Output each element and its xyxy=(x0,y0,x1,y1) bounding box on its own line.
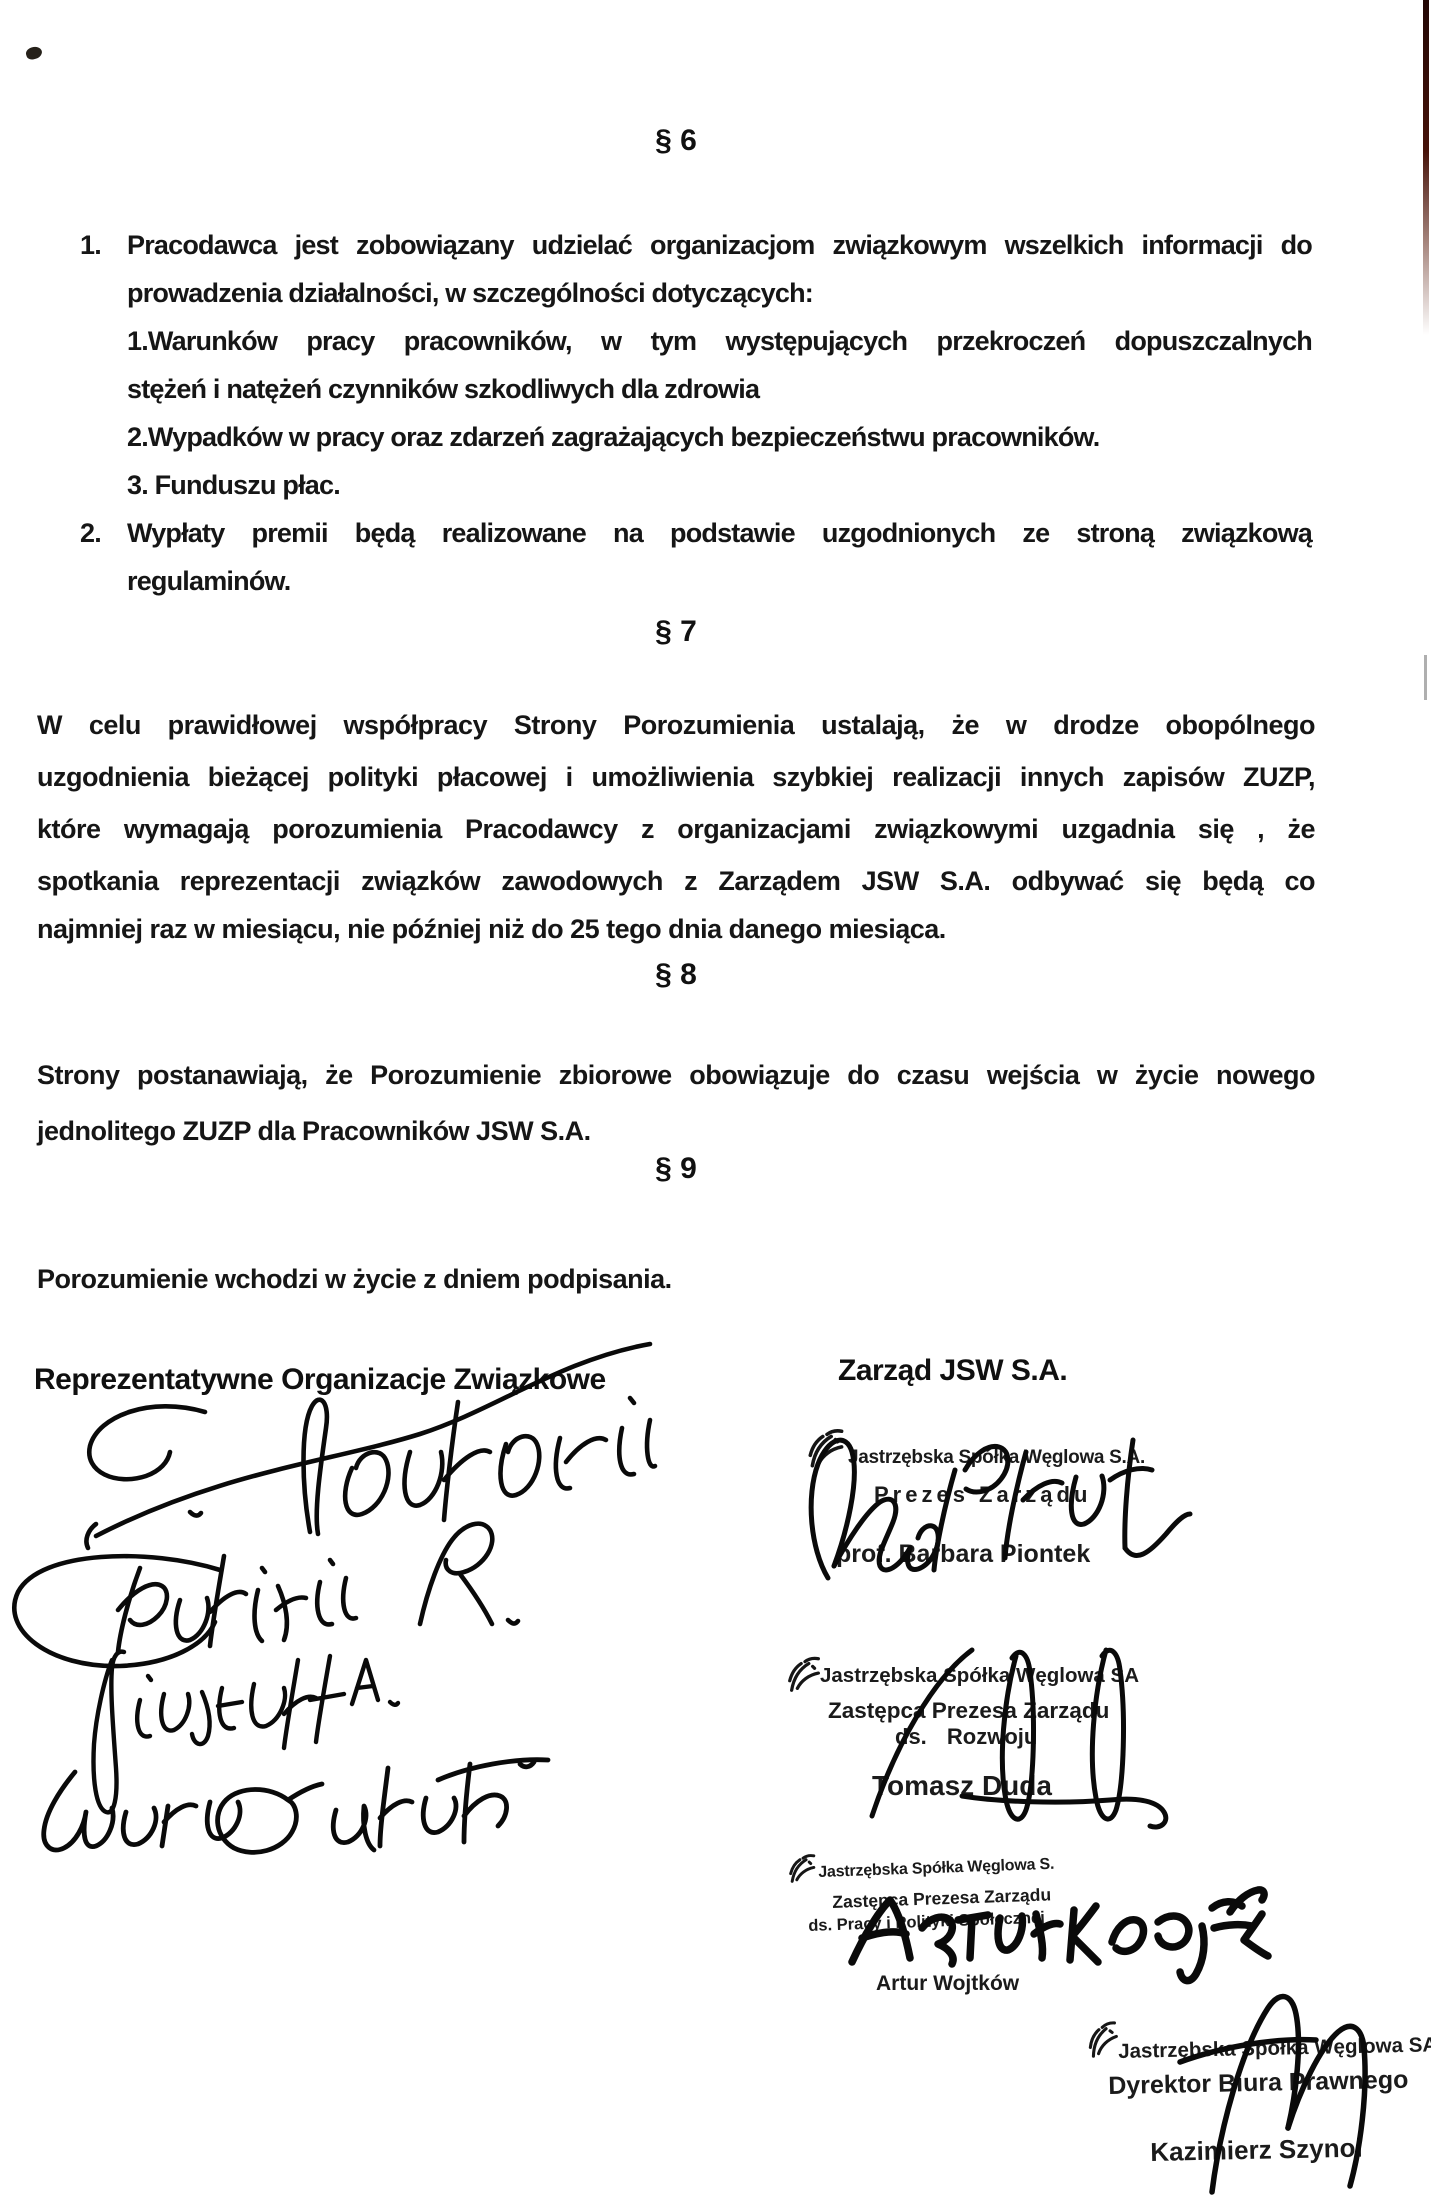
stamp-dept: ds. Pracy i Polityki Społecznej xyxy=(808,1909,1045,1936)
stamp-company: Jastrzębska Spółka Węglowa S.A. xyxy=(848,1447,1145,1469)
stamp-title: Prezes Zarządu xyxy=(874,1482,1091,1507)
section-heading-9: § 9 xyxy=(0,1152,1352,1186)
list-number: 1. xyxy=(80,226,101,264)
signing-right-header: Zarząd JSW S.A. xyxy=(838,1354,1067,1388)
section-heading-6: § 6 xyxy=(0,124,1352,158)
stamp-name: prof. Barbara Piontek xyxy=(836,1540,1090,1569)
doc-line: uzgodnienia bieżącej polityki płacowej i… xyxy=(37,758,1315,796)
scan-dot-artifact xyxy=(25,45,44,61)
doc-line: Porozumienie wchodzi w życie z dniem pod… xyxy=(37,1260,672,1298)
doc-line: regulaminów. xyxy=(127,562,290,600)
jsw-logo-icon xyxy=(786,1852,820,1886)
doc-line: spotkania reprezentacji związków zawodow… xyxy=(37,862,1315,900)
scan-edge-tick-artifact xyxy=(1424,655,1427,700)
handwritten-signature-4 xyxy=(44,1760,548,1853)
doc-line: prowadzenia działalności, w szczególnośc… xyxy=(127,274,813,312)
stamp-title: Zastępca Prezesa Zarządu xyxy=(832,1884,1051,1912)
stamp-name: Kazimierz Szynol xyxy=(1150,2134,1363,2168)
section-heading-7: § 7 xyxy=(0,615,1352,649)
jsw-logo-icon xyxy=(804,1426,850,1472)
doc-line: które wymagają porozumienia Pracodawcy z… xyxy=(37,810,1315,848)
handwritten-signature-2 xyxy=(14,1524,518,1666)
doc-line: jednolitego ZUZP dla Pracowników JSW S.A… xyxy=(37,1112,591,1150)
doc-line: najmniej raz w miesiącu, nie później niż… xyxy=(37,910,946,948)
stamp-company: Jastrzębska Spółka Węglowa SA xyxy=(1118,2033,1431,2063)
scan-edge-artifact xyxy=(1423,0,1429,335)
doc-line: W celu prawidłowej współpracy Strony Por… xyxy=(37,706,1315,744)
scanned-document-page: § 6 1. Pracodawca jest zobowiązany udzie… xyxy=(0,0,1431,2200)
doc-line: 3. Funduszu płac. xyxy=(127,466,340,504)
signing-left-header: Reprezentatywne Organizacje Związkowe xyxy=(34,1363,606,1397)
list-number: 2. xyxy=(80,514,101,552)
handwritten-signature-3 xyxy=(94,1652,399,1813)
doc-line: 1.Warunków pracy pracowników, w tym wyst… xyxy=(127,322,1312,360)
stamp-company: Jastrzębska Spółka Węglowa SA xyxy=(820,1664,1139,1688)
stamp-title: Zastępca Prezesa Zarządu xyxy=(828,1698,1109,1724)
stamp-dept: ds. Rozwoju xyxy=(895,1724,1037,1749)
section-heading-8: § 8 xyxy=(0,958,1352,992)
doc-line: Wypłaty premii będą realizowane na podst… xyxy=(127,514,1312,552)
doc-line: 2.Wypadków w pracy oraz zdarzeń zagrażaj… xyxy=(127,418,1099,456)
stamp-name: Artur Wojtków xyxy=(876,1972,1019,1996)
doc-line: stężeń i natężeń czynników szkodliwych d… xyxy=(127,370,759,408)
stamp-title: Dyrektor Biura Prawnego xyxy=(1108,2066,1409,2101)
doc-line: Pracodawca jest zobowiązany udzielać org… xyxy=(127,226,1312,264)
stamp-company: Jastrzębska Spółka Węglowa S. xyxy=(818,1856,1055,1883)
stamp-name: Tomasz Duda xyxy=(872,1770,1052,1802)
doc-line: Strony postanawiają, że Porozumienie zbi… xyxy=(37,1056,1315,1094)
